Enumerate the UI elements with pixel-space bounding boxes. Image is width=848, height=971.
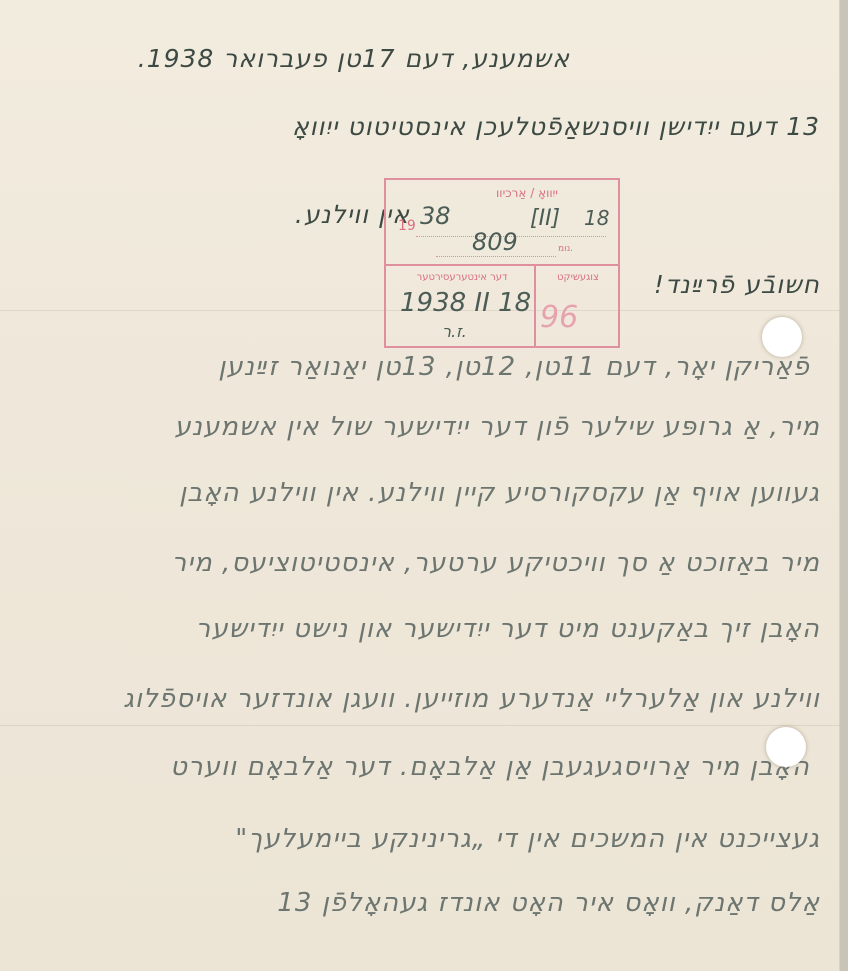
stamp-divider <box>386 264 618 266</box>
stamp-header: ייִוואָ / אַרכיוו <box>496 186 558 200</box>
stamp-number-dotted-line <box>436 256 556 257</box>
stamp-divider <box>534 264 536 346</box>
body-line: מיר, אַ גרופּע שילער פֿון דער ייִדישער ש… <box>174 412 820 442</box>
body-line: אַלס דאַנק, וואָס איר האָט אונדז געהאָלפ… <box>277 888 820 918</box>
stamp-number: 809 <box>472 228 518 256</box>
salutation: חשובֿע פֿרײַנד! <box>654 270 820 299</box>
punch-hole <box>762 317 802 357</box>
body-line: האָבן מיר אַרויסגעגעבן אַן אַלבאָם. דער … <box>170 752 810 782</box>
stamp-label-left: דער אינטערעסירטער <box>394 272 530 283</box>
body-line: האָבן זיך באַקענט מיט דער ייִדישער און נ… <box>196 614 820 644</box>
body-line: געצייכנט אין המשכים אין די „גרינינקע ביי… <box>235 824 820 854</box>
stamp-initials: ז.ר. <box>442 322 467 341</box>
stamp-number-label: נומ. <box>558 244 573 254</box>
body-line: געווען אויף אַן עקסקורסיע קיין ווילנע. א… <box>179 478 820 508</box>
page-edge <box>840 0 848 971</box>
stamp-label-right: צוגעשיקט <box>538 272 618 283</box>
addressee-line-1: 13 דעם ייִדישן וויסנשאַפֿטלעכן אינסטיטוט… <box>292 112 820 141</box>
place-date-heading: אשמענע, דעם 17טן פעברואר 1938. <box>138 44 570 73</box>
stamp-red-number: 96 <box>540 300 578 335</box>
stamp-month: [II] <box>530 206 560 231</box>
stamp-received-date: 1938 II 18 <box>400 288 531 318</box>
punch-hole <box>766 727 806 767</box>
letter-page: אשמענע, דעם 17טן פעברואר 1938. 13 דעם יי… <box>0 0 840 971</box>
stamp-day: 18 <box>584 206 609 230</box>
body-line: פֿאַריקן יאָר, דעם 11טן, 12טן, 13טן יאַנ… <box>218 352 810 382</box>
paper-crease <box>0 725 840 726</box>
body-line: מיר באַזוכט אַ סך וויכטיקע ערטער, אינסטי… <box>172 548 820 578</box>
body-line: ווילנע און אַלערליי אַנדערע מוזייען. ווע… <box>123 684 820 714</box>
stamp-year: 38 <box>420 202 451 230</box>
archive-stamp: ייִוואָ / אַרכיוו 19 38 [II] 18 809 נומ.… <box>384 178 620 348</box>
stamp-year-prefix: 19 <box>398 218 416 234</box>
